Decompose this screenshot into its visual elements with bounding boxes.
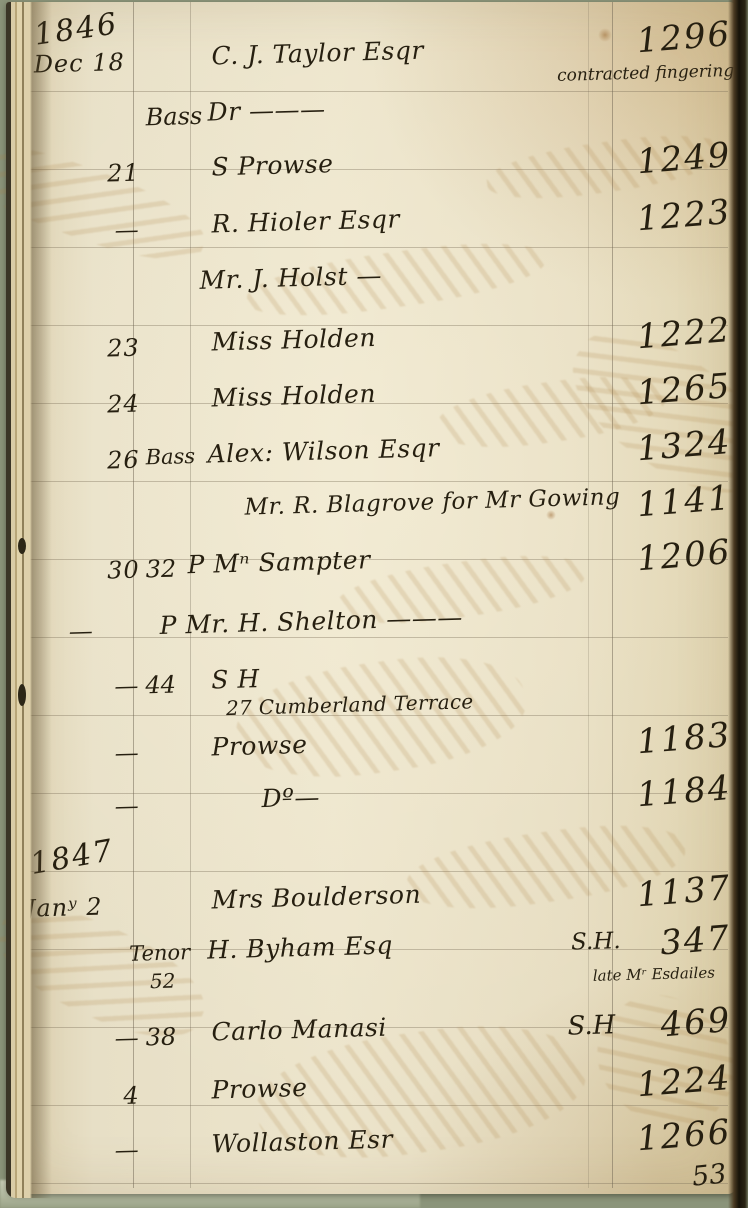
customer-name: Carlo Manasi	[211, 1013, 387, 1047]
customer-name: Miss Holden	[211, 323, 376, 357]
customer-name: Prowse	[211, 730, 308, 762]
serial-number: 347	[608, 918, 733, 968]
entry-annotation: late Mʳ Esdailes	[490, 963, 715, 987]
customer-name: P Mⁿ Sampter	[187, 545, 371, 579]
customer-name: Alex: Wilson Esqr	[207, 433, 440, 468]
serial-number: 1266	[608, 1112, 733, 1162]
page-number: 53	[690, 1158, 727, 1192]
customer-name: H. Byham Esq	[207, 930, 394, 964]
serial-number: 1141	[608, 478, 733, 528]
customer-name: S H27 Cumberland Terrace	[211, 658, 474, 720]
book-binding	[6, 2, 52, 1198]
ledger-photo: 1846 Dec 18 C. J. Taylor Esqr 1296 contr…	[0, 0, 748, 1208]
serial-number: 1224	[608, 1058, 733, 1108]
customer-name: S Prowse	[211, 149, 334, 181]
serial-number: 1137	[608, 868, 733, 918]
register-cell: Bass	[145, 102, 206, 132]
serial-number: 469	[608, 1000, 733, 1050]
ditto-mark: Dº—	[261, 783, 320, 814]
book-cover-edge	[728, 0, 748, 1208]
size-cell: 38	[145, 1022, 206, 1052]
serial-number: 1222	[608, 310, 733, 360]
customer-name: R. Hioler Esqr	[211, 204, 400, 238]
customer-address: 27 Cumberland Terrace	[226, 689, 474, 720]
serial-number: 1206	[608, 532, 733, 582]
binding-stitch	[18, 684, 26, 706]
customer-name: Miss Holden	[211, 379, 376, 413]
serial-number: 1265	[608, 366, 733, 416]
serial-number: 1296	[608, 14, 733, 64]
serial-number: 1223	[608, 192, 733, 242]
register-label: Tenor	[129, 940, 191, 966]
customer-name: Wollaston Esr	[211, 1124, 393, 1158]
serial-number: 1184	[608, 768, 733, 818]
customer-name: C. J. Taylor Esqr	[211, 36, 424, 71]
customer-name: Prowse	[211, 1073, 308, 1105]
customer-initials: S H	[211, 664, 260, 694]
customer-name: Mr. J. Holst —	[199, 261, 382, 295]
customer-name: Dr ———	[207, 94, 326, 126]
serial-number: 1183	[608, 715, 733, 765]
serial-number: 1324	[608, 422, 733, 472]
register-cell: Bass	[145, 444, 206, 470]
register-cell: Tenor52	[129, 940, 206, 994]
size-sub-cell: 52	[130, 968, 207, 994]
ledger-page: 1846 Dec 18 C. J. Taylor Esqr 1296 contr…	[6, 2, 736, 1194]
size-cell: 44	[145, 670, 206, 700]
serial-number: 1249	[608, 135, 733, 185]
binding-stitch	[18, 538, 26, 554]
customer-name: Mrs Boulderson	[211, 880, 421, 915]
